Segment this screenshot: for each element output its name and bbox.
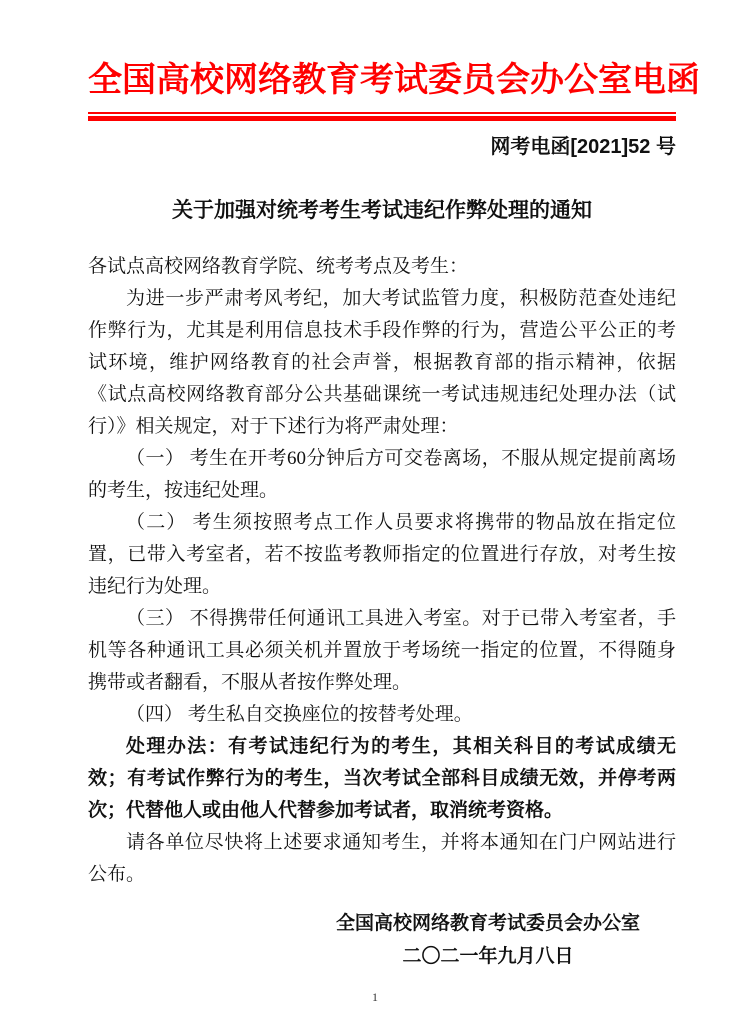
body-paragraph-item-1: （一） 考生在开考60分钟后方可交卷离场，不服从规定提前离场的考生，按违纪处理。	[88, 443, 676, 507]
body-paragraph-item-3: （三） 不得携带任何通讯工具进入考室。对于已带入考室者，手机等各种通讯工具必须关…	[88, 603, 676, 699]
document-page: 全国高校网络教育考试委员会办公室电函 网考电函[2021]52 号 关于加强对统…	[0, 0, 750, 1012]
doc-number: 网考电函[2021]52 号	[88, 135, 676, 159]
page-content: 全国高校网络教育考试委员会办公室电函 网考电函[2021]52 号 关于加强对统…	[0, 0, 750, 973]
notice-title: 关于加强对统考考生考试违纪作弊处理的通知	[88, 197, 676, 225]
body-paragraph: 为进一步严肃考风考纪，加大考试监管力度，积极防范查处违纪作弊行为，尤其是利用信息…	[88, 283, 676, 443]
signature-org: 全国高校网络教育考试委员会办公室	[336, 907, 640, 940]
closing-paragraph: 请各单位尽快将上述要求通知考生，并将本通知在门户网站进行公布。	[88, 827, 676, 891]
page-number: 1	[0, 990, 750, 1004]
notice-body: 各试点高校网络教育学院、统考考点及考生： 为进一步严肃考风考纪，加大考试监管力度…	[88, 251, 676, 891]
letterhead-divider	[88, 112, 676, 121]
letterhead-title: 全国高校网络教育考试委员会办公室电函	[88, 60, 676, 100]
divider-thick-line	[88, 116, 676, 121]
signature-block: 全国高校网络教育考试委员会办公室 二〇二一年九月八日	[336, 907, 640, 973]
body-paragraph-item-2: （二） 考生须按照考点工作人员要求将携带的物品放在指定位置，已带入考室者，若不按…	[88, 507, 676, 603]
penalty-paragraph: 处理办法：有考试违纪行为的考生，其相关科目的考试成绩无效；有考试作弊行为的考生，…	[88, 731, 676, 827]
body-paragraph-item-4: （四） 考生私自交换座位的按替考处理。	[88, 699, 676, 731]
signature-date: 二〇二一年九月八日	[336, 940, 640, 973]
salutation: 各试点高校网络教育学院、统考考点及考生：	[88, 251, 676, 283]
